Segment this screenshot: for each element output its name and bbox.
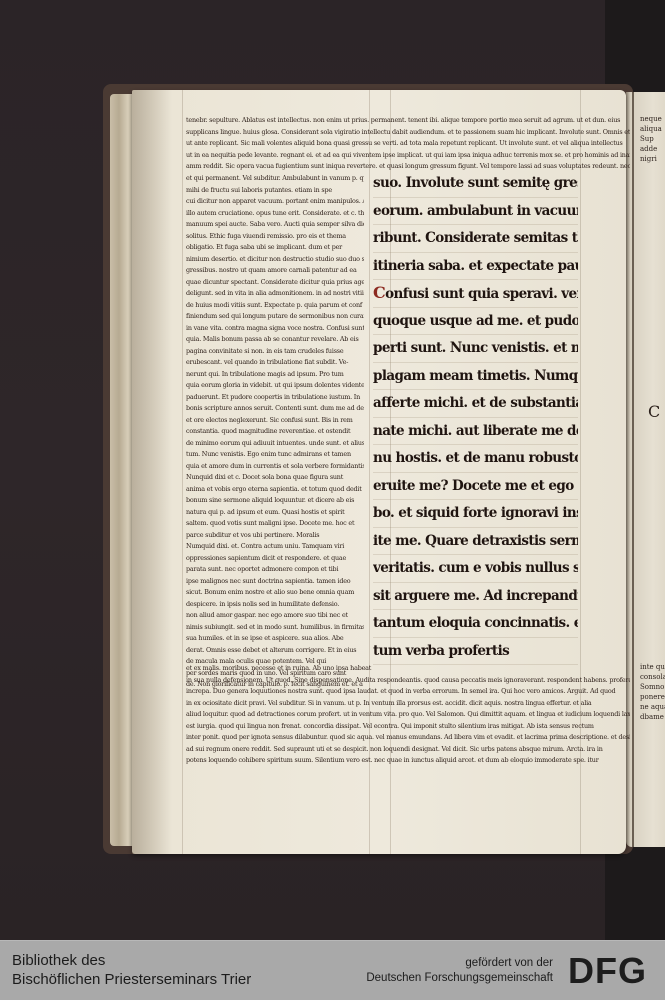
- institution-name: Bibliothek des Bischöflichen Priestersem…: [12, 951, 251, 989]
- text-line: itineria saba. et expectate paulisp.: [373, 253, 578, 281]
- text-line: Confusi sunt quia speravi. venerunt: [373, 280, 578, 308]
- text-line: afferte michi. et de substantia vestra d…: [373, 390, 578, 418]
- text-line: eruite me? Docete me et ego tace-: [373, 473, 578, 501]
- text-line: nu hostis. et de manu robustorum: [373, 445, 578, 473]
- ruling-line: [182, 90, 183, 854]
- text-line: plagam meam timetis. Numquid dixi: [373, 363, 578, 391]
- text-line: suo. Involute sunt semitę gressuum: [373, 170, 578, 198]
- text-line: veritatis. cum e vobis nullus sit qui po…: [373, 555, 578, 583]
- text-line: quoque usque ad me. et pudore coo-: [373, 308, 578, 336]
- gutter-fold: [632, 92, 634, 847]
- dfg-logo: DFG: [568, 955, 660, 987]
- text-line: nate michi. aut liberate me de ma-: [373, 418, 578, 446]
- facing-page-gloss-top: neque aliqua Sup adde nigri: [640, 114, 662, 164]
- facing-page-gloss-bottom: inte qui consolan Somno ponere ne aqua d…: [640, 662, 665, 722]
- rubricated-initial: C: [373, 283, 385, 302]
- text-line: eorum. ambulabunt in vacuum. et pe-: [373, 198, 578, 226]
- gloss-top-block: tenebr. sepulture. Ablatus est intellect…: [186, 115, 630, 173]
- footer-bar: Bibliothek des Bischöflichen Priestersem…: [0, 940, 665, 1000]
- facing-page-initial: C: [648, 402, 660, 421]
- text-line: bo. et siquid forte ignoravi instru-: [373, 500, 578, 528]
- facing-page-edge: neque aliqua Sup adde nigri C inte qui c…: [626, 92, 665, 847]
- funding-credit: gefördert von der Deutschen Forschungsge…: [366, 956, 553, 986]
- gloss-bottom-block: et ex malis. moribus. necesse et in ruin…: [186, 663, 630, 767]
- text-line: ite me. Quare detraxistis sermonibus: [373, 528, 578, 556]
- text-line: ribunt. Considerate semitas thema.: [373, 225, 578, 253]
- gloss-left-column: et qui permanent. Vel subditur. Ambulabu…: [186, 173, 364, 691]
- text-line: tum verba profertis: [373, 638, 578, 666]
- text-line: perti sunt. Nunc venistis. et modo viden…: [373, 335, 578, 363]
- text-line: tantum eloquia concinnatis. et in ven-: [373, 610, 578, 638]
- text-line: sit arguere me. Ad increpandum: [373, 583, 578, 611]
- main-text-column: suo. Involute sunt semitę gressuum eorum…: [373, 170, 578, 665]
